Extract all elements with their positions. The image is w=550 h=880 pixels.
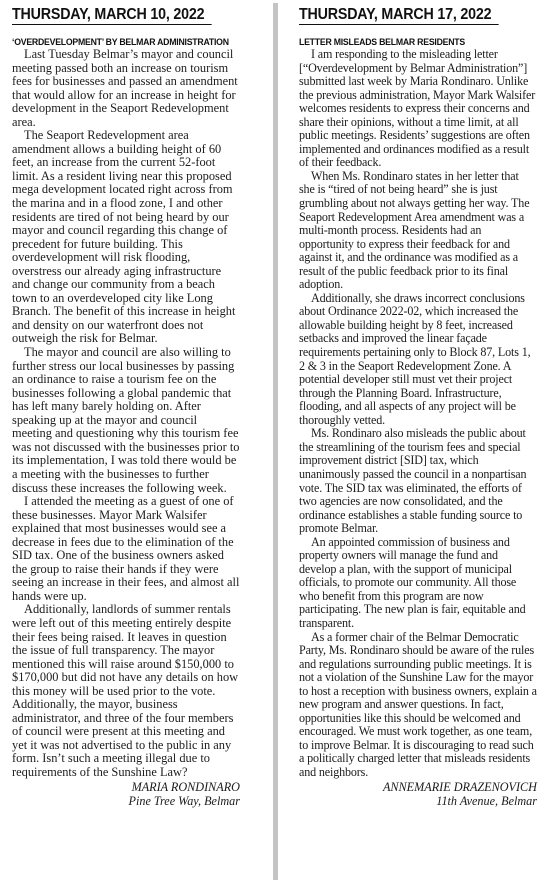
dateline: THURSDAY, MARCH 10, 2022 <box>12 0 212 25</box>
paragraph: An appointed commission of business and … <box>299 536 537 631</box>
paragraph: Ms. Rondinaro also misleads the public a… <box>299 427 537 535</box>
letter-column-march-17: THURSDAY, MARCH 17, 2022 LETTER MISLEADS… <box>299 0 537 808</box>
letter-headline: ‘OVERDEVELOPMENT’ BY BELMAR ADMINISTRATI… <box>12 36 224 48</box>
letter-signature: ANNEMARIE DRAZENOVICH 11th Avenue, Belma… <box>299 780 537 808</box>
paragraph: When Ms. Rondinaro states in her letter … <box>299 170 537 292</box>
paragraph: Additionally, she draws incorrect conclu… <box>299 292 537 427</box>
paragraph: As a former chair of the Belmar Democrat… <box>299 631 537 780</box>
letter-column-march-10: THURSDAY, MARCH 10, 2022 ‘OVERDEVELOPMEN… <box>12 0 240 808</box>
letter-signature: MARIA RONDINARO Pine Tree Way, Belmar <box>12 780 240 808</box>
paragraph: I attended the meeting as a guest of one… <box>12 495 240 603</box>
paragraph: The Seaport Redevelopment area amendment… <box>12 129 240 346</box>
letter-headline: LETTER MISLEADS BELMAR RESIDENTS <box>299 36 520 48</box>
author-name: ANNEMARIE DRAZENOVICH <box>299 780 537 794</box>
letter-body: Last Tuesday Belmar’s mayor and council … <box>12 48 240 780</box>
author-name: MARIA RONDINARO <box>12 780 240 794</box>
newspaper-clipping: THURSDAY, MARCH 10, 2022 ‘OVERDEVELOPMEN… <box>0 0 550 880</box>
dateline: THURSDAY, MARCH 17, 2022 <box>299 0 499 25</box>
letter-body: I am responding to the misleading letter… <box>299 48 537 780</box>
paragraph: Additionally, landlords of summer rental… <box>12 603 240 779</box>
paragraph: Last Tuesday Belmar’s mayor and council … <box>12 48 240 129</box>
paragraph: The mayor and council are also willing t… <box>12 346 240 495</box>
author-address: Pine Tree Way, Belmar <box>12 794 240 808</box>
paragraph: I am responding to the misleading letter… <box>299 48 537 170</box>
author-address: 11th Avenue, Belmar <box>299 794 537 808</box>
column-divider <box>273 3 278 880</box>
